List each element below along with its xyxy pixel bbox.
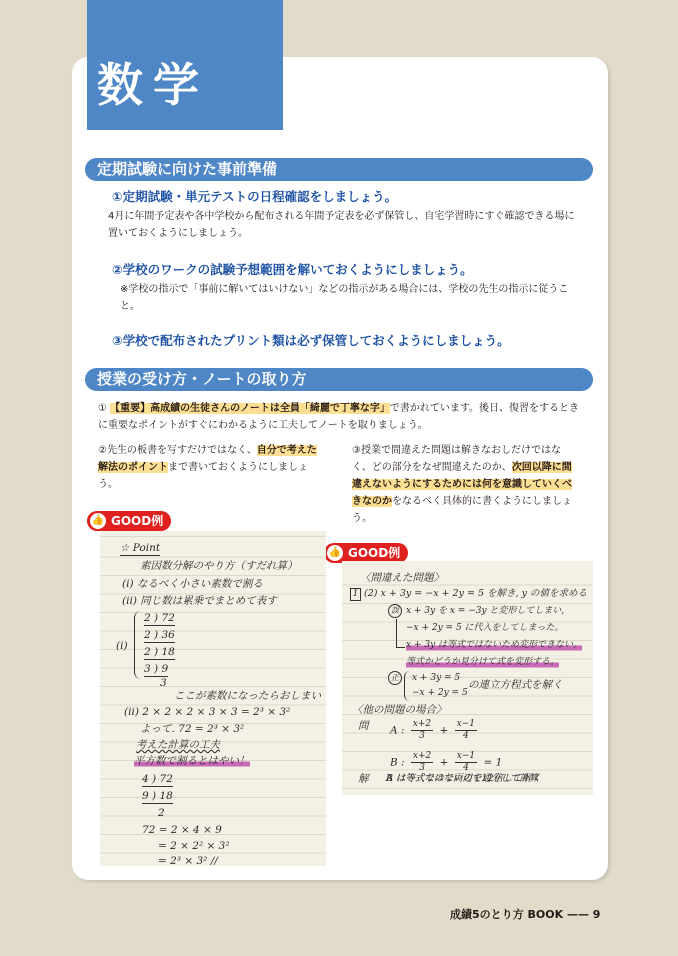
plus-sign: +: [440, 725, 449, 737]
nb-line: 問: [358, 719, 369, 733]
nb-mistake-mark: 誤: [388, 604, 402, 618]
nb-line: 3 ) 9: [144, 662, 168, 677]
thumbs-up-icon: 👍: [327, 545, 343, 561]
fraction-denominator: 4: [455, 731, 477, 742]
note-point-1-highlight: 【重要】高成績の生徒さんのノートは全員「綺麗で丁寧な字」: [110, 403, 390, 414]
good-example-label: GOOD例: [111, 514, 163, 528]
section-header-exam-prep: 定期試験に向けた事前準備: [85, 158, 593, 181]
page-footer: 成績5のとり方 BOOK —— 9: [450, 906, 600, 922]
footer-book-title: 成績5のとり方 BOOK: [450, 908, 563, 921]
nb-line: 3: [160, 676, 167, 690]
exam-prep-heading-3: ③学校で配布されたプリント類は必ず保管しておくようにしましょう。: [112, 331, 510, 349]
plus-sign: +: [440, 757, 449, 769]
exam-prep-heading-1: ①定期試験・単元テストの日程確認をしましょう。: [112, 187, 397, 205]
nb-line: (ii) 2 × 2 × 2 × 3 × 3 = 2³ × 3²: [124, 705, 290, 719]
exam-prep-body-2: ※学校の指示で「事前に解いてはいけない」などの指示がある場合には、学校の先生の指…: [120, 281, 580, 315]
good-example-badge-left: 👍 GOOD例: [87, 511, 171, 531]
fraction-denominator: 3: [411, 731, 433, 742]
nb-correction-highlight-1: x + 3y は等式ではないため変形できない。: [406, 638, 582, 652]
nb-correction-highlight-2: 等式かどうか見分けて式を変形する。: [406, 655, 559, 669]
fraction-numerator: x−1: [455, 751, 477, 763]
brace: [404, 671, 410, 701]
nb-line: よって. 72 = 2³ × 3²: [140, 722, 244, 736]
thumbs-up-icon: 👍: [90, 513, 106, 529]
nb-line: 2 ) 72: [144, 611, 175, 626]
nb-line: 72 = 2 × 4 × 9: [142, 823, 222, 837]
nb-line: 2 ) 36: [144, 628, 175, 643]
note-point-2-prefix: ②先生の板書を写すだけではなく、: [98, 445, 257, 456]
nb-tip-highlight: 平方数で割るとはやい！: [134, 754, 250, 768]
page-number: 9: [593, 908, 601, 921]
subject-title-block: 数学: [87, 0, 283, 130]
note-point-2: ②先生の板書を写すだけではなく、自分で考えた解法のポイントまで書いておくようにし…: [98, 442, 320, 493]
nb-line: の連立方程式を解く: [468, 678, 563, 692]
nb-point-title: ☆ Point: [120, 541, 160, 556]
nb-line: −x + 2y = 5 に代入をしてしまった。: [406, 621, 564, 635]
nb-correct-mark: 正: [388, 671, 402, 685]
nb-label-b: B :: [390, 757, 405, 769]
nb-line: 〈間違えた問題〉: [360, 571, 444, 585]
notebook-example-right: 〈間違えた問題〉 1 (2) x + 3y = −x + 2y = 5 を解き,…: [342, 561, 593, 795]
nb-line: = 2³ × 3² //: [158, 854, 218, 868]
nb-line: 〈他の問題の場合〉: [352, 703, 447, 717]
nb-line: 2: [158, 806, 165, 820]
nb-fraction-b: B : x+23 + x−14 = 1: [390, 751, 502, 774]
nb-line: (i) なるべく小さい素数で割る: [122, 577, 263, 591]
fraction-numerator: x−1: [455, 719, 477, 731]
nb-brace-label: (i): [116, 639, 128, 653]
nb-line: 素因数分解のやり方（すだれ算）: [140, 559, 298, 573]
nb-line: x + 3y を x = −3y と変形してしまい,: [406, 604, 564, 618]
nb-line: (2) x + 3y = −x + 2y = 5 を解き, y の値を求める: [364, 587, 587, 601]
nb-line: x + 3y = 5: [412, 671, 460, 685]
nb-line: 2 ) 18: [144, 645, 175, 660]
nb-line: ここが素数になったらおしまい: [174, 689, 321, 703]
nb-tip-title: 考えた計算の工夫: [136, 738, 220, 752]
nb-line: 解: [358, 772, 369, 786]
note-point-1: ① 【重要】高成績の生徒さんのノートは全員「綺麗で丁寧な字」で書かれています。後…: [98, 400, 584, 434]
note-point-1-prefix: ①: [98, 403, 110, 414]
nb-label-a: A :: [390, 725, 404, 737]
equals-one: = 1: [483, 757, 502, 769]
fraction-numerator: x+2: [411, 719, 433, 731]
good-example-badge-right: 👍 GOOD例: [324, 543, 408, 563]
nb-line: 9 ) 18: [142, 789, 173, 804]
fraction-numerator: x+2: [411, 751, 433, 763]
nb-line: (ii) 同じ数は累乗でまとめて表す: [122, 594, 277, 608]
nb-line: = 2 × 2² × 3²: [158, 839, 230, 853]
subject-title: 数学: [97, 62, 209, 108]
section-header-class-notes: 授業の受け方・ノートの取り方: [85, 368, 593, 391]
exam-prep-body-1: 4月に年間予定表や各中学校から配布される年間予定表を必ず保管し、自宅学習時にすぐ…: [108, 208, 580, 242]
nb-fraction-a: A : x+23 + x−14: [390, 719, 480, 742]
nb-line: B は等式なので両辺を12倍して解く: [386, 772, 541, 786]
footer-separator: ——: [567, 908, 589, 921]
note-point-3: ③授業で間違えた問題は解きなおしだけではなく、どの部分をなぜ間違えたのか、次回以…: [352, 442, 574, 527]
exam-prep-heading-2: ②学校のワークの試験予想範囲を解いておくようにしましょう。: [112, 260, 473, 278]
good-example-label: GOOD例: [348, 546, 400, 560]
nb-line: −x + 2y = 5: [412, 686, 468, 700]
nb-line: 4 ) 72: [142, 772, 173, 787]
nb-problem-number: 1: [350, 588, 361, 601]
brace: [134, 611, 141, 679]
notebook-example-left: ☆ Point 素因数分解のやり方（すだれ算） (i) なるべく小さい素数で割る…: [100, 531, 326, 866]
arrow-connector: [396, 619, 405, 648]
